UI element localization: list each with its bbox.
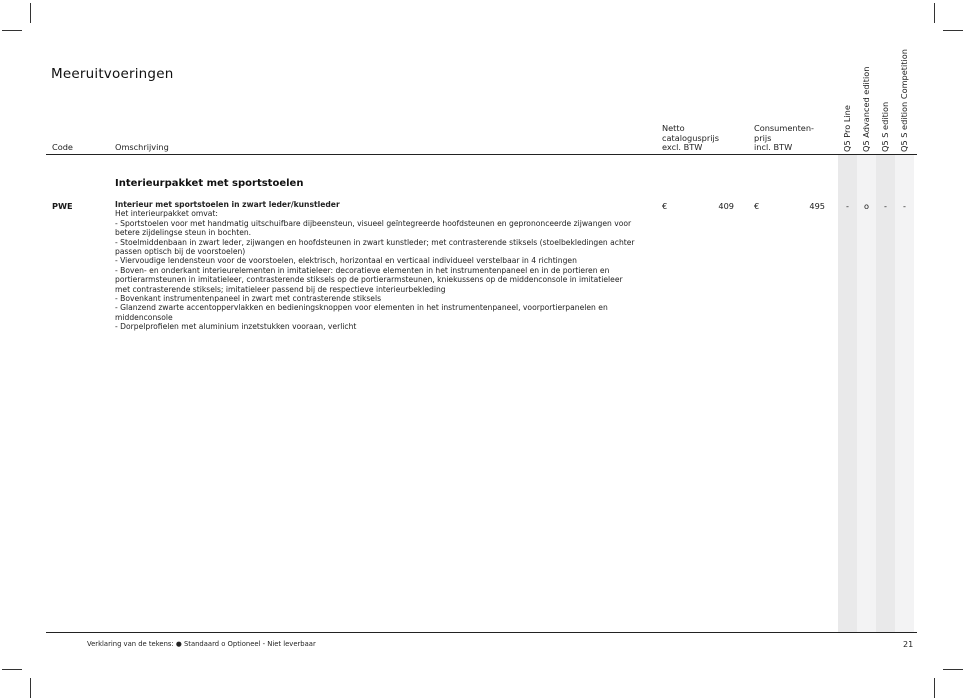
crop-mark [934,678,935,698]
availability-s-edition: - [876,201,895,211]
header-model-s-edition: Q5 S edition [880,102,890,152]
section-title: Interieurpakket met sportstoelen [115,178,303,189]
net-price-value: 409 [717,201,734,211]
consumer-price-currency: € [754,201,759,211]
footer-rule [46,632,917,633]
crop-mark [943,669,963,670]
description-line: - Bovenkant instrumentenpaneel in zwart … [115,294,635,303]
header-model-pro-line: Q5 Pro Line [842,105,852,152]
availability-pro-line: - [838,201,857,211]
option-name: Interieur met sportstoelen in zwart lede… [115,200,635,209]
crop-mark [30,678,31,698]
crop-mark [2,669,22,670]
description-line: Het interieurpakket omvat: [115,209,635,218]
option-code: PWE [52,201,73,211]
description-line: - Viervoudige lendensteun voor de voorst… [115,256,635,265]
header-rule [46,154,917,155]
header-code: Code [52,143,73,153]
column-strip-pro-line [838,155,857,632]
crop-mark [934,3,935,23]
description-line: - Glanzend zwarte accentoppervlakken en … [115,303,635,322]
page-title: Meeruitvoeringen [51,66,173,82]
description-line: - Stoelmiddenbaan in zwart leder, zijwan… [115,238,635,257]
description-line: - Boven- en onderkant interieurelementen… [115,266,635,294]
consumer-price-value: 495 [808,201,825,211]
description-line: - Dorpelprofielen met aluminium inzetstu… [115,322,635,331]
column-strip-s-edition-competition [895,155,914,632]
header-description: Omschrijving [115,143,169,153]
crop-mark [30,3,31,23]
header-model-s-edition-competition: Q5 S edition Competition [899,49,909,152]
column-strip-s-edition [876,155,895,632]
availability-advanced-edition: o [857,201,876,211]
description-line: - Sportstoelen voor met handmatig uitsch… [115,219,635,238]
header-model-advanced-edition: Q5 Advanced edition [861,67,871,153]
page-number: 21 [903,640,913,649]
column-strip-advanced-edition [857,155,876,632]
option-description: Interieur met sportstoelen in zwart lede… [115,200,635,332]
crop-mark [2,30,22,31]
header-consumer-price-line: incl. BTW [754,143,814,153]
crop-mark [943,30,963,31]
net-price-currency: € [662,201,667,211]
header-consumer-price: Consumenten- prijs incl. BTW [754,124,814,153]
header-net-price: Netto catalogusprijs excl. BTW [662,124,719,153]
legend-note: Verklaring van de tekens: ● Standaard o … [87,640,316,648]
availability-s-edition-competition: - [895,201,914,211]
header-net-price-line: excl. BTW [662,143,719,153]
